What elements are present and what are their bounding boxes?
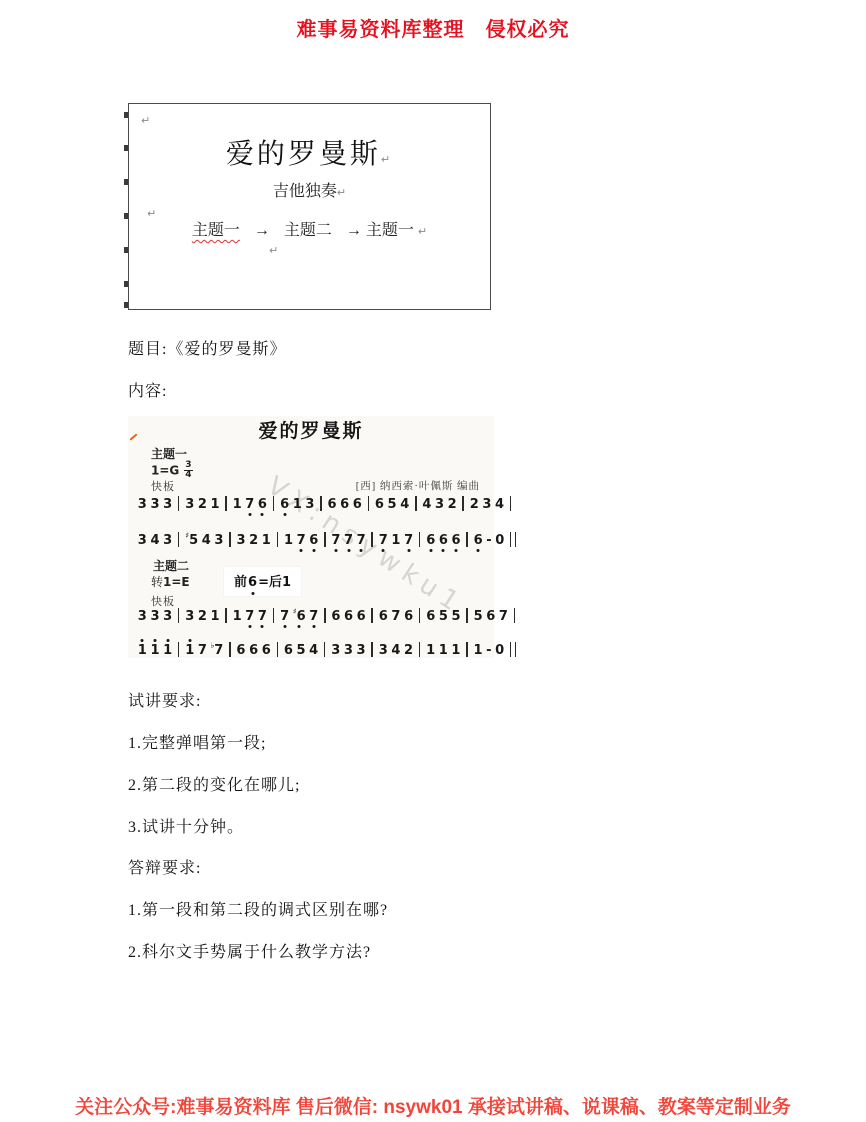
note: ♭7: [211, 641, 224, 658]
row-tick: [124, 281, 128, 287]
note: 2: [404, 643, 413, 658]
score-title: 爱的罗曼斯: [128, 416, 494, 443]
row-tick: [124, 302, 128, 308]
note: 3: [331, 643, 340, 658]
trial-lecture-item: 2.第二段的变化在哪儿;: [128, 772, 300, 795]
note: 1: [284, 533, 293, 548]
note: 1: [163, 643, 172, 658]
note: 4: [391, 643, 400, 658]
note: 2: [470, 497, 479, 512]
barline: [419, 642, 421, 657]
note: 7: [198, 643, 207, 658]
note: 1: [391, 533, 400, 548]
notation-line-4: 11117♭76666543333421111-0: [136, 641, 520, 658]
barline: [371, 532, 373, 547]
octave-dot: [251, 592, 254, 595]
trial-lecture-heading: 试讲要求:: [128, 688, 201, 711]
barline: [178, 608, 180, 623]
defense-item: 2.科尔文手势属于什么教学方法?: [128, 939, 371, 962]
piece-subtitle-text: 吉他独奏: [273, 183, 337, 200]
note: 7: [280, 609, 289, 624]
document-page: 难事易资料库整理 侵权必究 ↵ ↵ ↵ 爱的罗曼斯↵ 吉他独奏↵ 主题一 → 主…: [0, 0, 866, 1122]
note: 1: [451, 643, 460, 658]
note: 3: [163, 533, 172, 548]
modulation-suffix: =后1: [258, 575, 291, 590]
note: 6: [327, 497, 336, 512]
row-tick: [124, 145, 128, 151]
note: 1: [474, 643, 483, 658]
octave-dot: [261, 513, 264, 516]
barline: [419, 532, 421, 547]
note: 7: [331, 533, 340, 548]
note: 1: [233, 609, 242, 624]
note: 3: [163, 609, 172, 624]
note: 3: [214, 533, 223, 548]
note: 1: [293, 497, 302, 512]
note: 4: [202, 533, 211, 548]
arrow-right-icon: →: [346, 222, 362, 239]
row-tick: [124, 179, 128, 185]
note: 6: [451, 533, 460, 548]
note: 3: [138, 497, 147, 512]
note: 7: [245, 609, 254, 624]
modulation-degree-number: 6: [248, 575, 257, 590]
barline: [371, 608, 373, 623]
note: 6: [486, 609, 495, 624]
note: 6: [357, 609, 366, 624]
key-prefix: 转: [151, 575, 163, 589]
note: 1: [426, 643, 435, 658]
theme-flow-part-3: 主题一: [366, 222, 414, 239]
note: 2: [198, 609, 207, 624]
note: 6: [379, 609, 388, 624]
barline: [273, 608, 275, 623]
note: 6: [474, 533, 483, 548]
note: 6: [331, 609, 340, 624]
notation-line-1: 333321176613666654432234: [136, 496, 515, 512]
barline: [324, 608, 326, 623]
header-copyright-notice: 难事易资料库整理 侵权必究: [0, 13, 866, 42]
note: 1: [211, 497, 220, 512]
trial-lecture-item: 1.完整弹唱第一段;: [128, 730, 266, 753]
note: 6: [262, 643, 271, 658]
barline: [273, 496, 275, 511]
octave-dot: [141, 639, 144, 642]
barline: [277, 642, 279, 657]
barline: [324, 532, 326, 547]
cover-box: ↵ ↵ ↵ 爱的罗曼斯↵ 吉他独奏↵ 主题一 → 主题二 → 主题一 ↵: [128, 103, 491, 310]
note: 1: [138, 643, 147, 658]
note: 4: [150, 533, 159, 548]
barline: [514, 608, 516, 623]
octave-dot: [477, 549, 480, 552]
note: 7: [258, 609, 267, 624]
note: 3: [185, 609, 194, 624]
note: 6: [280, 497, 289, 512]
note: 7: [391, 609, 400, 624]
barline: [229, 642, 231, 657]
note: 3: [379, 643, 388, 658]
double-barline: [510, 532, 516, 547]
modulation-note: 前6=后1: [224, 567, 301, 596]
note: 3: [482, 497, 491, 512]
note: ♯5: [185, 531, 198, 548]
theme2-key-signature: 转1=E: [151, 573, 190, 590]
octave-dot: [334, 549, 337, 552]
piece-title: 爱的罗曼斯↵: [129, 132, 490, 172]
barline: [466, 532, 468, 547]
octave-dot: [407, 549, 410, 552]
paragraph-mark: ↵: [337, 186, 346, 199]
note: 1: [262, 533, 271, 548]
octave-dot: [429, 549, 432, 552]
barline: [510, 496, 512, 511]
row-tick: [124, 247, 128, 253]
note: 3: [237, 533, 246, 548]
piece-title-text: 爱的罗曼斯: [226, 139, 381, 170]
trial-lecture-item: 3.试讲十分钟。: [128, 814, 244, 837]
note: 2: [448, 497, 457, 512]
note: 4: [422, 497, 431, 512]
note: 4: [400, 497, 409, 512]
note: 7: [499, 609, 508, 624]
note: 3: [435, 497, 444, 512]
note: 5: [439, 609, 448, 624]
piece-subtitle: 吉他独奏↵: [129, 178, 490, 201]
note: 7: [357, 533, 366, 548]
note: 6: [426, 609, 435, 624]
theme-flow-part-1: 主题一: [192, 222, 240, 239]
note: 7: [404, 533, 413, 548]
note: 6: [340, 497, 349, 512]
theme-flow-part-2: 主题二: [284, 222, 332, 239]
theme1-tempo: 快板: [151, 478, 175, 494]
note: 3: [163, 497, 172, 512]
meter-denominator: 4: [185, 470, 191, 480]
row-tick: [124, 112, 128, 118]
content-label: 内容:: [128, 378, 167, 401]
octave-dot: [248, 513, 251, 516]
modulation-prefix: 前: [234, 575, 247, 590]
barline: [371, 642, 373, 657]
defense-heading: 答辩要求:: [128, 855, 201, 878]
octave-dot: [442, 549, 445, 552]
note: 6: [439, 533, 448, 548]
note: 3: [138, 609, 147, 624]
note: 6: [309, 533, 318, 548]
octave-dot: [382, 549, 385, 552]
time-signature: 34: [184, 461, 192, 481]
paragraph-mark: ↵: [141, 114, 150, 127]
octave-dot: [300, 549, 303, 552]
defense-item: 1.第一段和第二段的调式区别在哪?: [128, 897, 388, 920]
barline: [419, 608, 421, 623]
note: 3: [357, 643, 366, 658]
paragraph-mark: ↵: [269, 244, 278, 257]
note: 3: [185, 497, 194, 512]
note: 3: [138, 533, 147, 548]
paragraph-mark: ↵: [418, 225, 427, 238]
note: 3: [305, 497, 314, 512]
notation-line-2: 343♯5433211767777176666-0: [136, 531, 520, 548]
octave-dot: [455, 549, 458, 552]
barline: [415, 496, 417, 511]
barline: [178, 496, 180, 511]
barline: [225, 496, 227, 511]
note: 3: [150, 497, 159, 512]
note: 6: [353, 497, 362, 512]
note: 5: [474, 609, 483, 624]
music-score: VX:nsywku1 爱的罗曼斯 主题一 1=G34 快板 [西] 纳西索·叶佩…: [128, 416, 494, 658]
note: -: [486, 643, 491, 658]
barline: [178, 642, 180, 657]
paragraph-mark: ↵: [381, 153, 393, 166]
barline: [178, 532, 180, 547]
note: 6: [249, 643, 258, 658]
note: 5: [451, 609, 460, 624]
octave-dot: [188, 639, 191, 642]
note: 4: [495, 497, 504, 512]
note: ♯6: [293, 607, 306, 624]
barline: [466, 608, 468, 623]
note: 3: [344, 643, 353, 658]
note: 4: [309, 643, 318, 658]
note: 3: [150, 609, 159, 624]
barline: [462, 496, 464, 511]
topic-label: 题目:《爱的罗曼斯》: [128, 336, 286, 359]
note: 1: [211, 609, 220, 624]
notation-line-3: 3333211777♯67666676655567: [136, 607, 519, 624]
row-tick: [124, 213, 128, 219]
note: 7: [344, 533, 353, 548]
barline: [368, 496, 370, 511]
note: 7: [309, 609, 318, 624]
footer-contact-notice: 关注公众号:难事易资料库 售后微信: nsywk01 承接试讲稿、说课稿、教案等…: [0, 1092, 866, 1119]
note: 1: [233, 497, 242, 512]
double-barline: [510, 642, 516, 657]
octave-dot: [283, 513, 286, 516]
barline: [277, 532, 279, 547]
note: 0: [495, 533, 504, 548]
octave-dot: [283, 625, 286, 628]
key-text: 1=G: [151, 463, 179, 477]
note: -: [486, 533, 491, 548]
octave-dot: [261, 625, 264, 628]
note: 1: [439, 643, 448, 658]
note: 5: [296, 643, 305, 658]
octave-dot: [298, 625, 301, 628]
theme2-label: 主题二: [153, 557, 189, 574]
modulation-degree: 6: [248, 575, 257, 590]
note: 7: [297, 533, 306, 548]
note: 7: [379, 533, 388, 548]
barline: [229, 532, 231, 547]
note: 2: [249, 533, 258, 548]
note: 1: [185, 643, 194, 658]
octave-dot: [248, 625, 251, 628]
octave-dot: [312, 625, 315, 628]
octave-dot: [166, 639, 169, 642]
barline: [225, 608, 227, 623]
note: 6: [426, 533, 435, 548]
key-text: 1=E: [163, 575, 190, 589]
note: 5: [388, 497, 397, 512]
octave-dot: [153, 639, 156, 642]
barline: [466, 642, 468, 657]
note: 2: [198, 497, 207, 512]
note: 0: [495, 643, 504, 658]
note: 6: [375, 497, 384, 512]
note: 6: [258, 497, 267, 512]
octave-dot: [312, 549, 315, 552]
note: 6: [284, 643, 293, 658]
barline: [324, 642, 326, 657]
theme-flow: 主题一 → 主题二 → 主题一 ↵: [129, 217, 490, 240]
note: 6: [404, 609, 413, 624]
composer-credit: [西] 纳西索·叶佩斯 编曲: [356, 478, 480, 493]
note: 1: [150, 643, 159, 658]
octave-dot: [347, 549, 350, 552]
note: 6: [344, 609, 353, 624]
theme1-label: 主题一: [151, 445, 187, 462]
octave-dot: [360, 549, 363, 552]
note: 6: [236, 643, 245, 658]
arrow-right-icon: →: [254, 222, 270, 239]
barline: [320, 496, 322, 511]
note: 7: [245, 497, 254, 512]
